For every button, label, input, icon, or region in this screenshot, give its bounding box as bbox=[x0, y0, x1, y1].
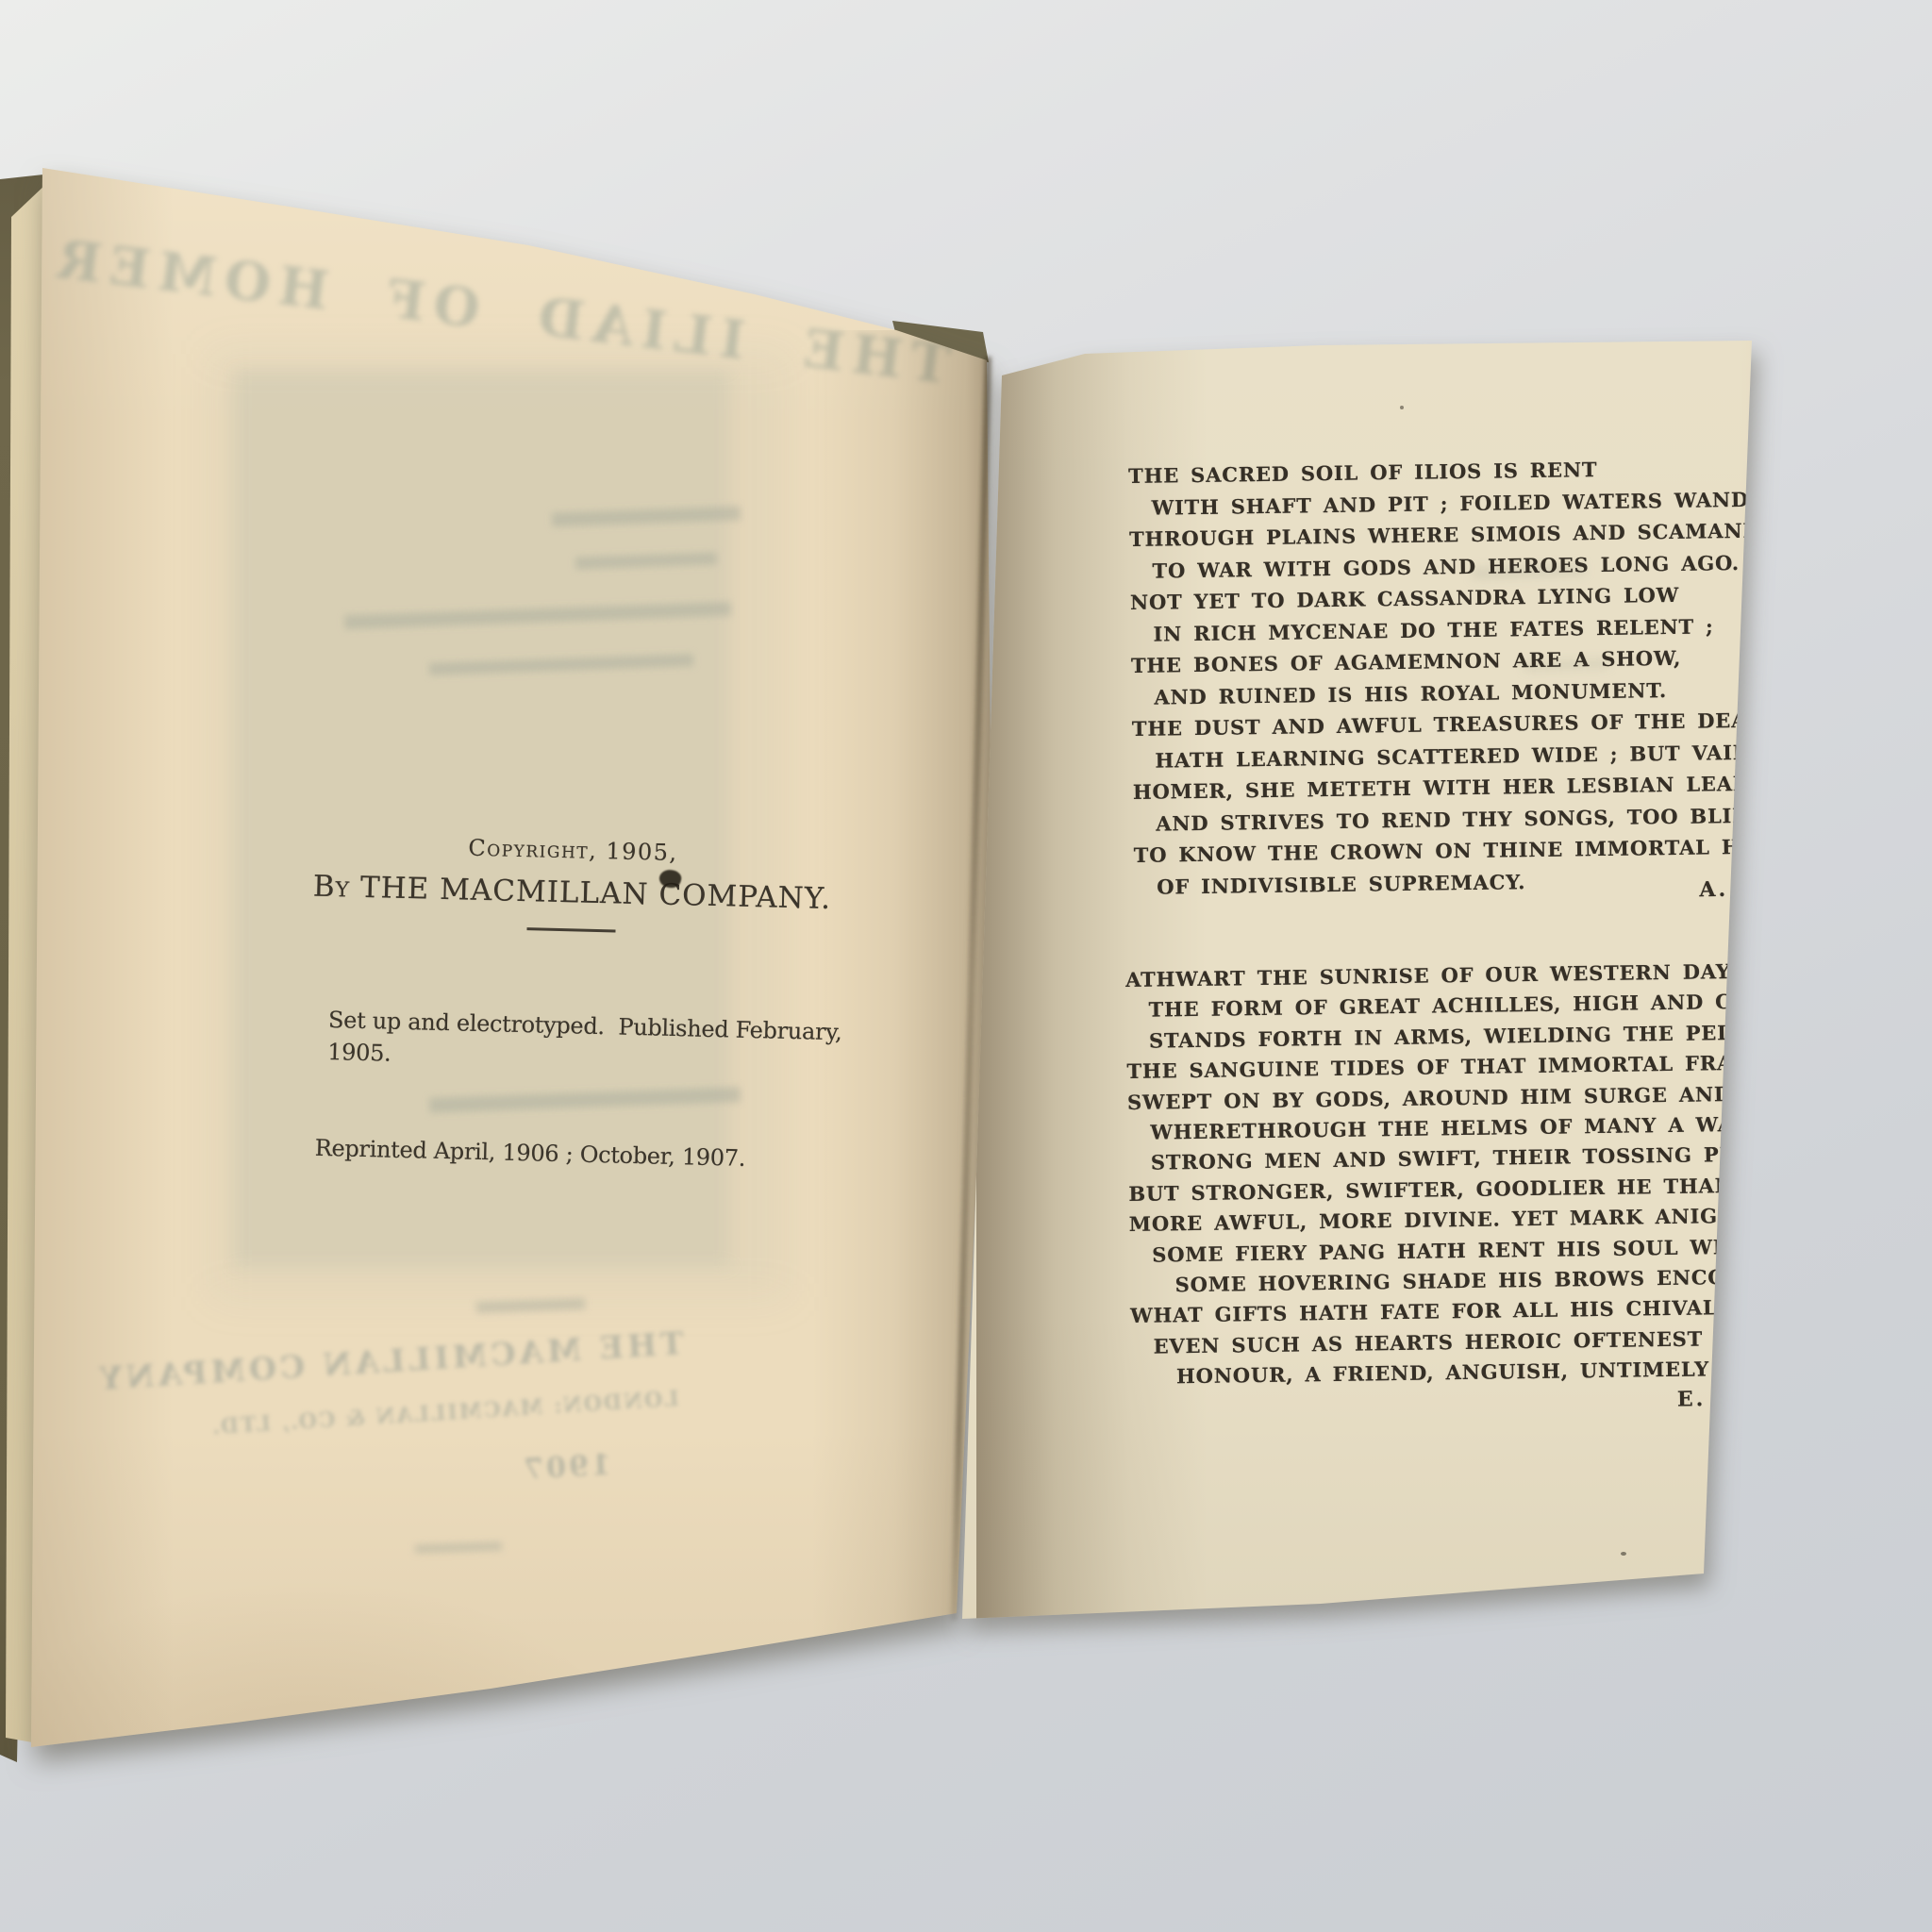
poem-1: THE SACRED SOIL OF ILIOS IS RENTWITH SHA… bbox=[1128, 454, 1884, 907]
right-page: THE SACRED SOIL OF ILIOS IS RENTWITH SHA… bbox=[0, 0, 1932, 1932]
photo-of-open-book: THE ILIAD OF HOMER THE MACMILLAN COMPANY… bbox=[0, 0, 1932, 1932]
paper-speck bbox=[1621, 1552, 1626, 1556]
poem-2: ATHWART THE SUNRISE OF OUR WESTERN DAYTH… bbox=[1125, 957, 1927, 1395]
paper-fiber bbox=[1715, 309, 1757, 351]
paper-speck bbox=[693, 538, 697, 542]
paper-speck bbox=[1400, 406, 1404, 409]
